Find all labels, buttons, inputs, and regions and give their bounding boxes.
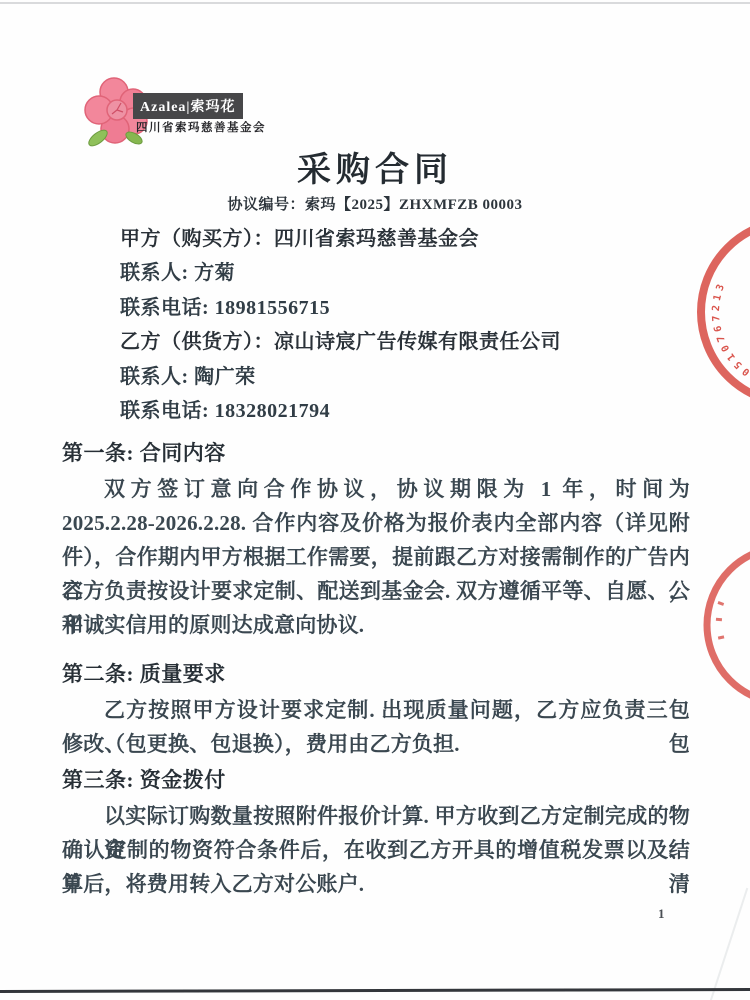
party-a-label: 甲方（购买方）： (120, 228, 274, 250)
article-1-line: 乙方负责按设计要求定制、配送到基金会. 双方遵循平等、自愿、公平 (62, 574, 690, 608)
party-a-phone: 18981556715 (215, 297, 331, 319)
contract-articles: 第一条: 合同内容 双方签订意向合作协议，协议期限为 1 年，时间为 2025.… (62, 438, 690, 901)
party-a-contact-label: 联系人: (120, 262, 194, 284)
party-b-contact: 陶广荣 (194, 366, 256, 388)
scan-bottom-edge (0, 988, 750, 993)
party-a-name: 四川省索玛慈善基金会 (274, 228, 479, 250)
party-a-row: 甲方（购买方）：四川省索玛慈善基金会 (120, 222, 680, 256)
scan-crease-mark (708, 888, 749, 1000)
party-b-name: 凉山诗宸广告传媒有限责任公司 (274, 331, 561, 353)
red-seal-stamp-partial-lower (700, 540, 750, 710)
document-title: 采购合同 (0, 142, 750, 191)
party-b-phone-label: 联系电话: (120, 400, 215, 422)
party-b-label: 乙方（供货方）： (120, 331, 274, 353)
svg-text:13400510767213: 13400510767213 (711, 279, 750, 392)
seal-code-digits: 13400510767213 (711, 279, 750, 392)
party-a-phone-row: 联系电话: 18981556715 (120, 291, 680, 325)
parties-block: 甲方（购买方）：四川省索玛慈善基金会 联系人: 方菊 联系电话: 1898155… (120, 222, 680, 428)
party-b-row: 乙方（供货方）：凉山诗宸广告传媒有限责任公司 (120, 325, 680, 359)
party-a-contact-row: 联系人: 方菊 (120, 256, 680, 290)
article-1-line: 和诚实信用的原则达成意向协议. (62, 608, 690, 642)
scanned-contract-page: Azalea|索玛花 四川省索玛慈善基金会 采购合同 协议编号：索玛【2025】… (0, 0, 750, 1000)
article-1-line: 2025.2.28-2026.2.28. 合作内容及价格为报价表内全部内容（详见… (62, 506, 690, 540)
party-a-phone-label: 联系电话: (120, 297, 215, 319)
scan-top-edge (0, 2, 750, 4)
article-2-heading: 第二条: 质量要求 (62, 659, 690, 693)
party-b-phone: 18328021794 (215, 400, 331, 422)
article-3-line: 以实际订购数量按照附件报价计算. 甲方收到乙方定制完成的物资、 (62, 799, 690, 833)
party-a-contact: 方菊 (194, 262, 235, 284)
logo-brand-banner: Azalea|索玛花 (133, 93, 243, 119)
article-1-line: 双方签订意向合作协议，协议期限为 1 年，时间为 (62, 472, 690, 506)
article-1-line: 件），合作期内甲方根据工作需要，提前跟乙方对接需制作的广告内容， (62, 540, 690, 574)
red-seal-stamp-partial-upper: 13400510767213 (692, 212, 750, 412)
party-b-phone-row: 联系电话: 18328021794 (120, 394, 680, 428)
article-1-heading: 第一条: 合同内容 (62, 438, 690, 472)
article-2-line: 乙方按照甲方设计要求定制. 出现质量问题，乙方应负责三包（包 (62, 693, 690, 727)
article-3-line: 确认定制的物资符合条件后，在收到乙方开具的增值税发票以及结算清 (62, 833, 690, 867)
page-number: 1 (658, 906, 665, 922)
logo-org-name: 四川省索玛慈善基金会 (136, 119, 266, 135)
party-b-contact-row: 联系人: 陶广荣 (120, 360, 680, 394)
agreement-number: 协议编号：索玛【2025】ZHXMFZB 00003 (0, 193, 750, 214)
article-3-heading: 第三条: 资金拨付 (62, 765, 690, 799)
party-b-contact-label: 联系人: (120, 366, 194, 388)
